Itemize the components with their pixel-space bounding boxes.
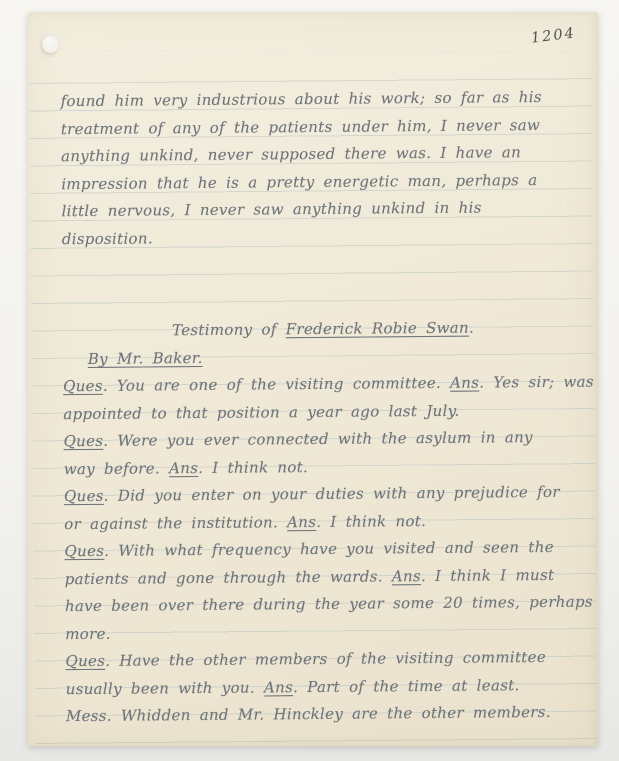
handwritten-line: Mess. Whidden and Mr. Hinckley are the o…: [66, 699, 587, 731]
document-page: 1204 found him very industrious about hi…: [28, 12, 598, 746]
testimony-heading: Testimony of Frederick Robie Swan.: [62, 314, 583, 346]
paragraph-continuation: found him very industrious about his wor…: [60, 84, 582, 254]
handwritten-line: impression that he is a pretty energetic…: [61, 166, 582, 198]
handwritten-line: Ques. With what frequency have you visit…: [64, 534, 585, 566]
handwritten-line: Ques. You are one of the visiting commit…: [63, 369, 584, 401]
handwritten-line: anything unkind, never supposed there wa…: [61, 139, 582, 171]
handwritten-line: Ques. Have the other members of the visi…: [65, 644, 586, 676]
handwritten-line: Testimony of Frederick Robie Swan.: [62, 314, 583, 346]
handwritten-line: Ques. Did you enter on your duties with …: [64, 479, 585, 511]
handwritten-line: have been over there during the year som…: [65, 589, 586, 621]
handwritten-line: Ques. Were you ever connected with the a…: [63, 424, 584, 456]
qa-transcript: Ques. You are one of the visiting commit…: [63, 369, 587, 731]
page-content: found him very industrious about his wor…: [25, 10, 601, 749]
handwritten-line: disposition.: [62, 221, 583, 253]
scan-background: 1204 found him very industrious about hi…: [0, 0, 619, 761]
handwritten-line: found him very industrious about his wor…: [60, 84, 581, 116]
